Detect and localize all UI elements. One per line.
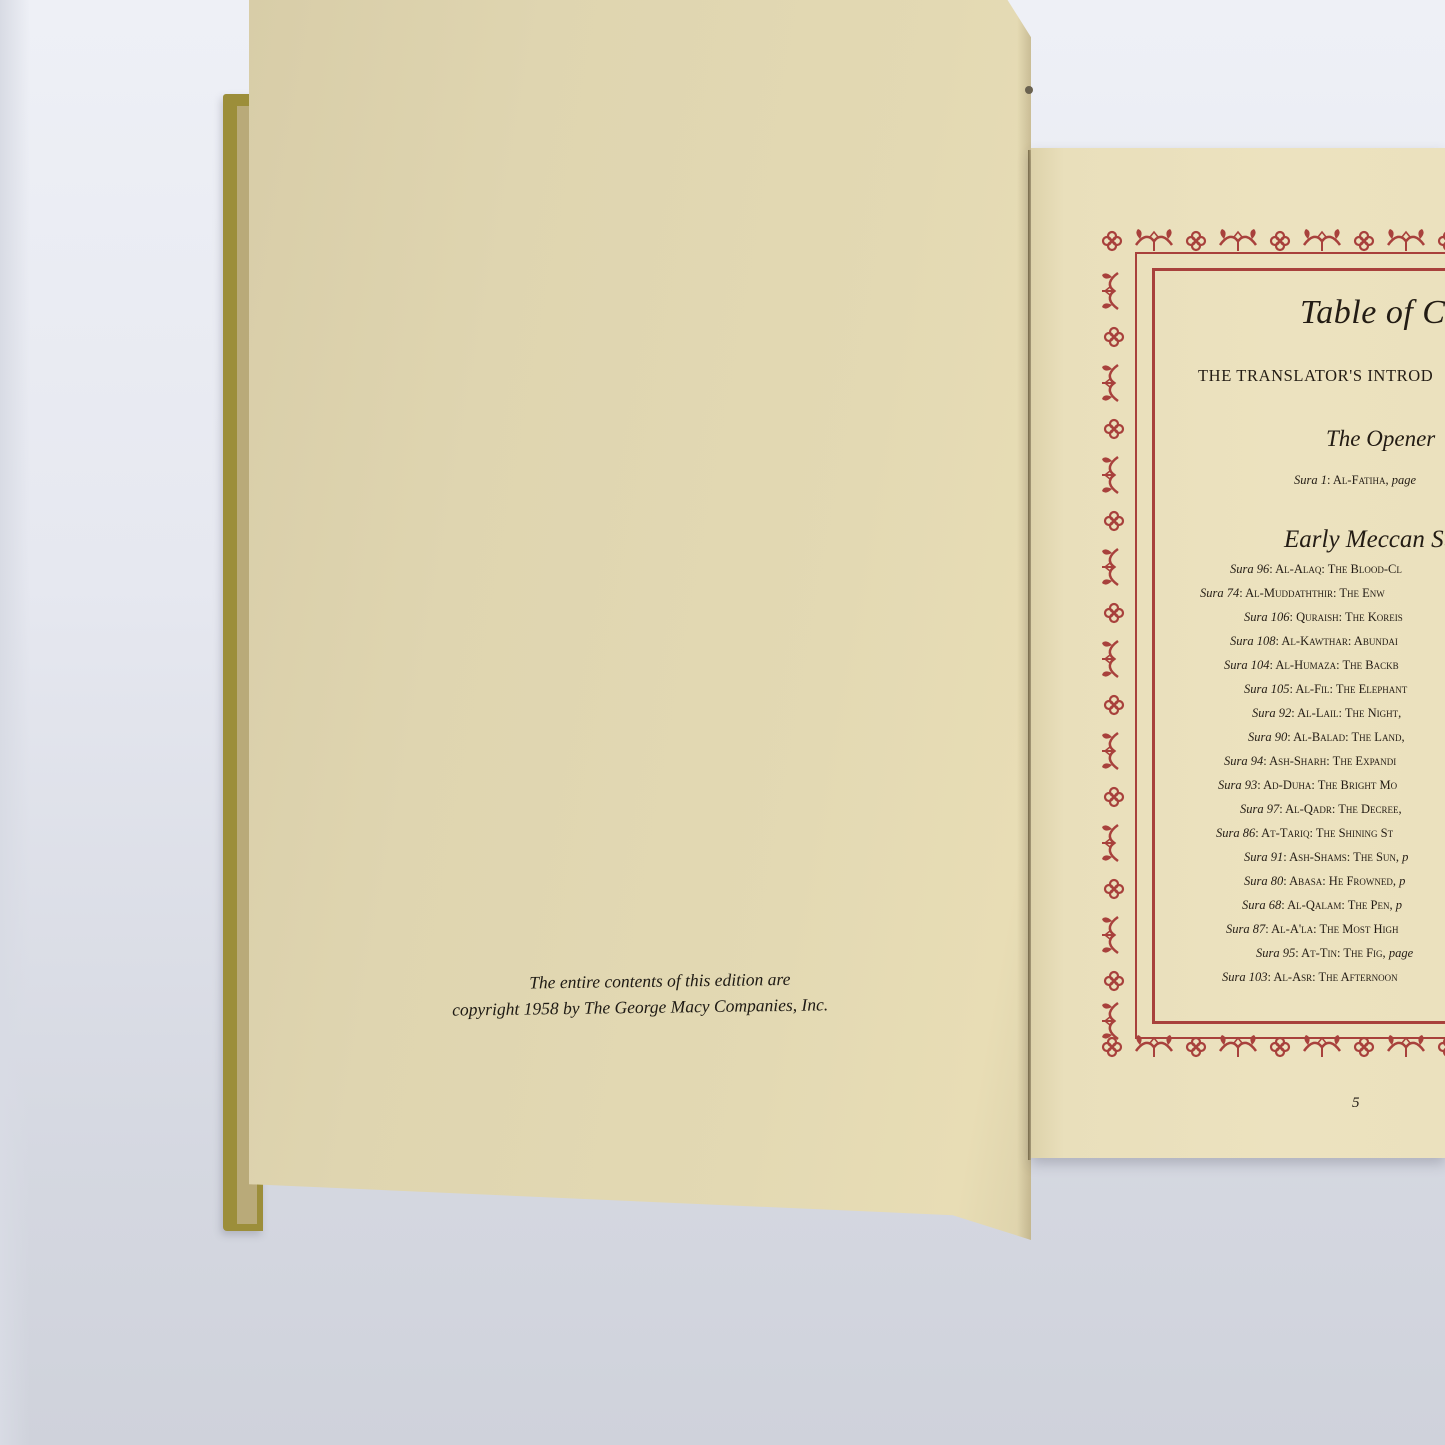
toc-entry: Sura 103: Al-Asr: The Afternoon [1222, 970, 1398, 985]
toc-entry: Sura 94: Ash-Sharh: The Expandi [1224, 754, 1396, 769]
toc-entry: Sura 80: Abasa: He Frowned, p [1244, 874, 1405, 889]
toc-entry: Sura 93: Ad-Duha: The Bright Mo [1218, 778, 1397, 793]
toc-entry: Sura 91: Ash-Shams: The Sun, p [1244, 850, 1408, 865]
toc-entry: Sura 92: Al-Lail: The Night, [1252, 706, 1401, 721]
toc-entry: Sura 74: Al-Muddaththir: The Enw [1200, 586, 1385, 601]
left-page: The entire contents of this edition are … [249, 0, 1031, 1240]
toc-entry: Sura 108: Al-Kawthar: Abundai [1230, 634, 1398, 649]
toc-entry: Sura 86: At-Tariq: The Shining St [1216, 826, 1393, 841]
copyright-notice: The entire contents of this edition are … [249, 963, 1032, 1026]
toc-entry: Sura 87: Al-A'la: The Most High [1226, 922, 1399, 937]
toc-entry: Sura 106: Quraish: The Koreis [1244, 610, 1403, 625]
background-surface [0, 0, 30, 1445]
toc-entry: Sura 1: Al-Fatiha, page [1294, 473, 1416, 488]
toc-entry: Sura 105: Al-Fil: The Elephant [1244, 682, 1407, 697]
section-heading-early-meccan: Early Meccan Su [1284, 526, 1445, 554]
toc-entry: Sura 97: Al-Qadr: The Decree, [1240, 802, 1402, 817]
section-heading-opener: The Opener [1326, 426, 1435, 452]
spine-headband [1025, 86, 1033, 94]
toc-entry: Sura 68: Al-Qalam: The Pen, p [1242, 898, 1402, 913]
toc-entry: Sura 104: Al-Humaza: The Backb [1224, 658, 1399, 673]
toc-title: Table of Conte [1300, 294, 1445, 332]
page-number: 5 [1352, 1095, 1360, 1112]
toc-entry: Sura 95: At-Tin: The Fig, page [1256, 946, 1413, 961]
toc-entry: Sura 96: Al-Alaq: The Blood-Cl [1230, 562, 1402, 577]
toc-entry: Sura 90: Al-Balad: The Land, [1248, 730, 1405, 745]
toc-intro-entry: THE TRANSLATOR'S INTROD [1198, 366, 1433, 386]
